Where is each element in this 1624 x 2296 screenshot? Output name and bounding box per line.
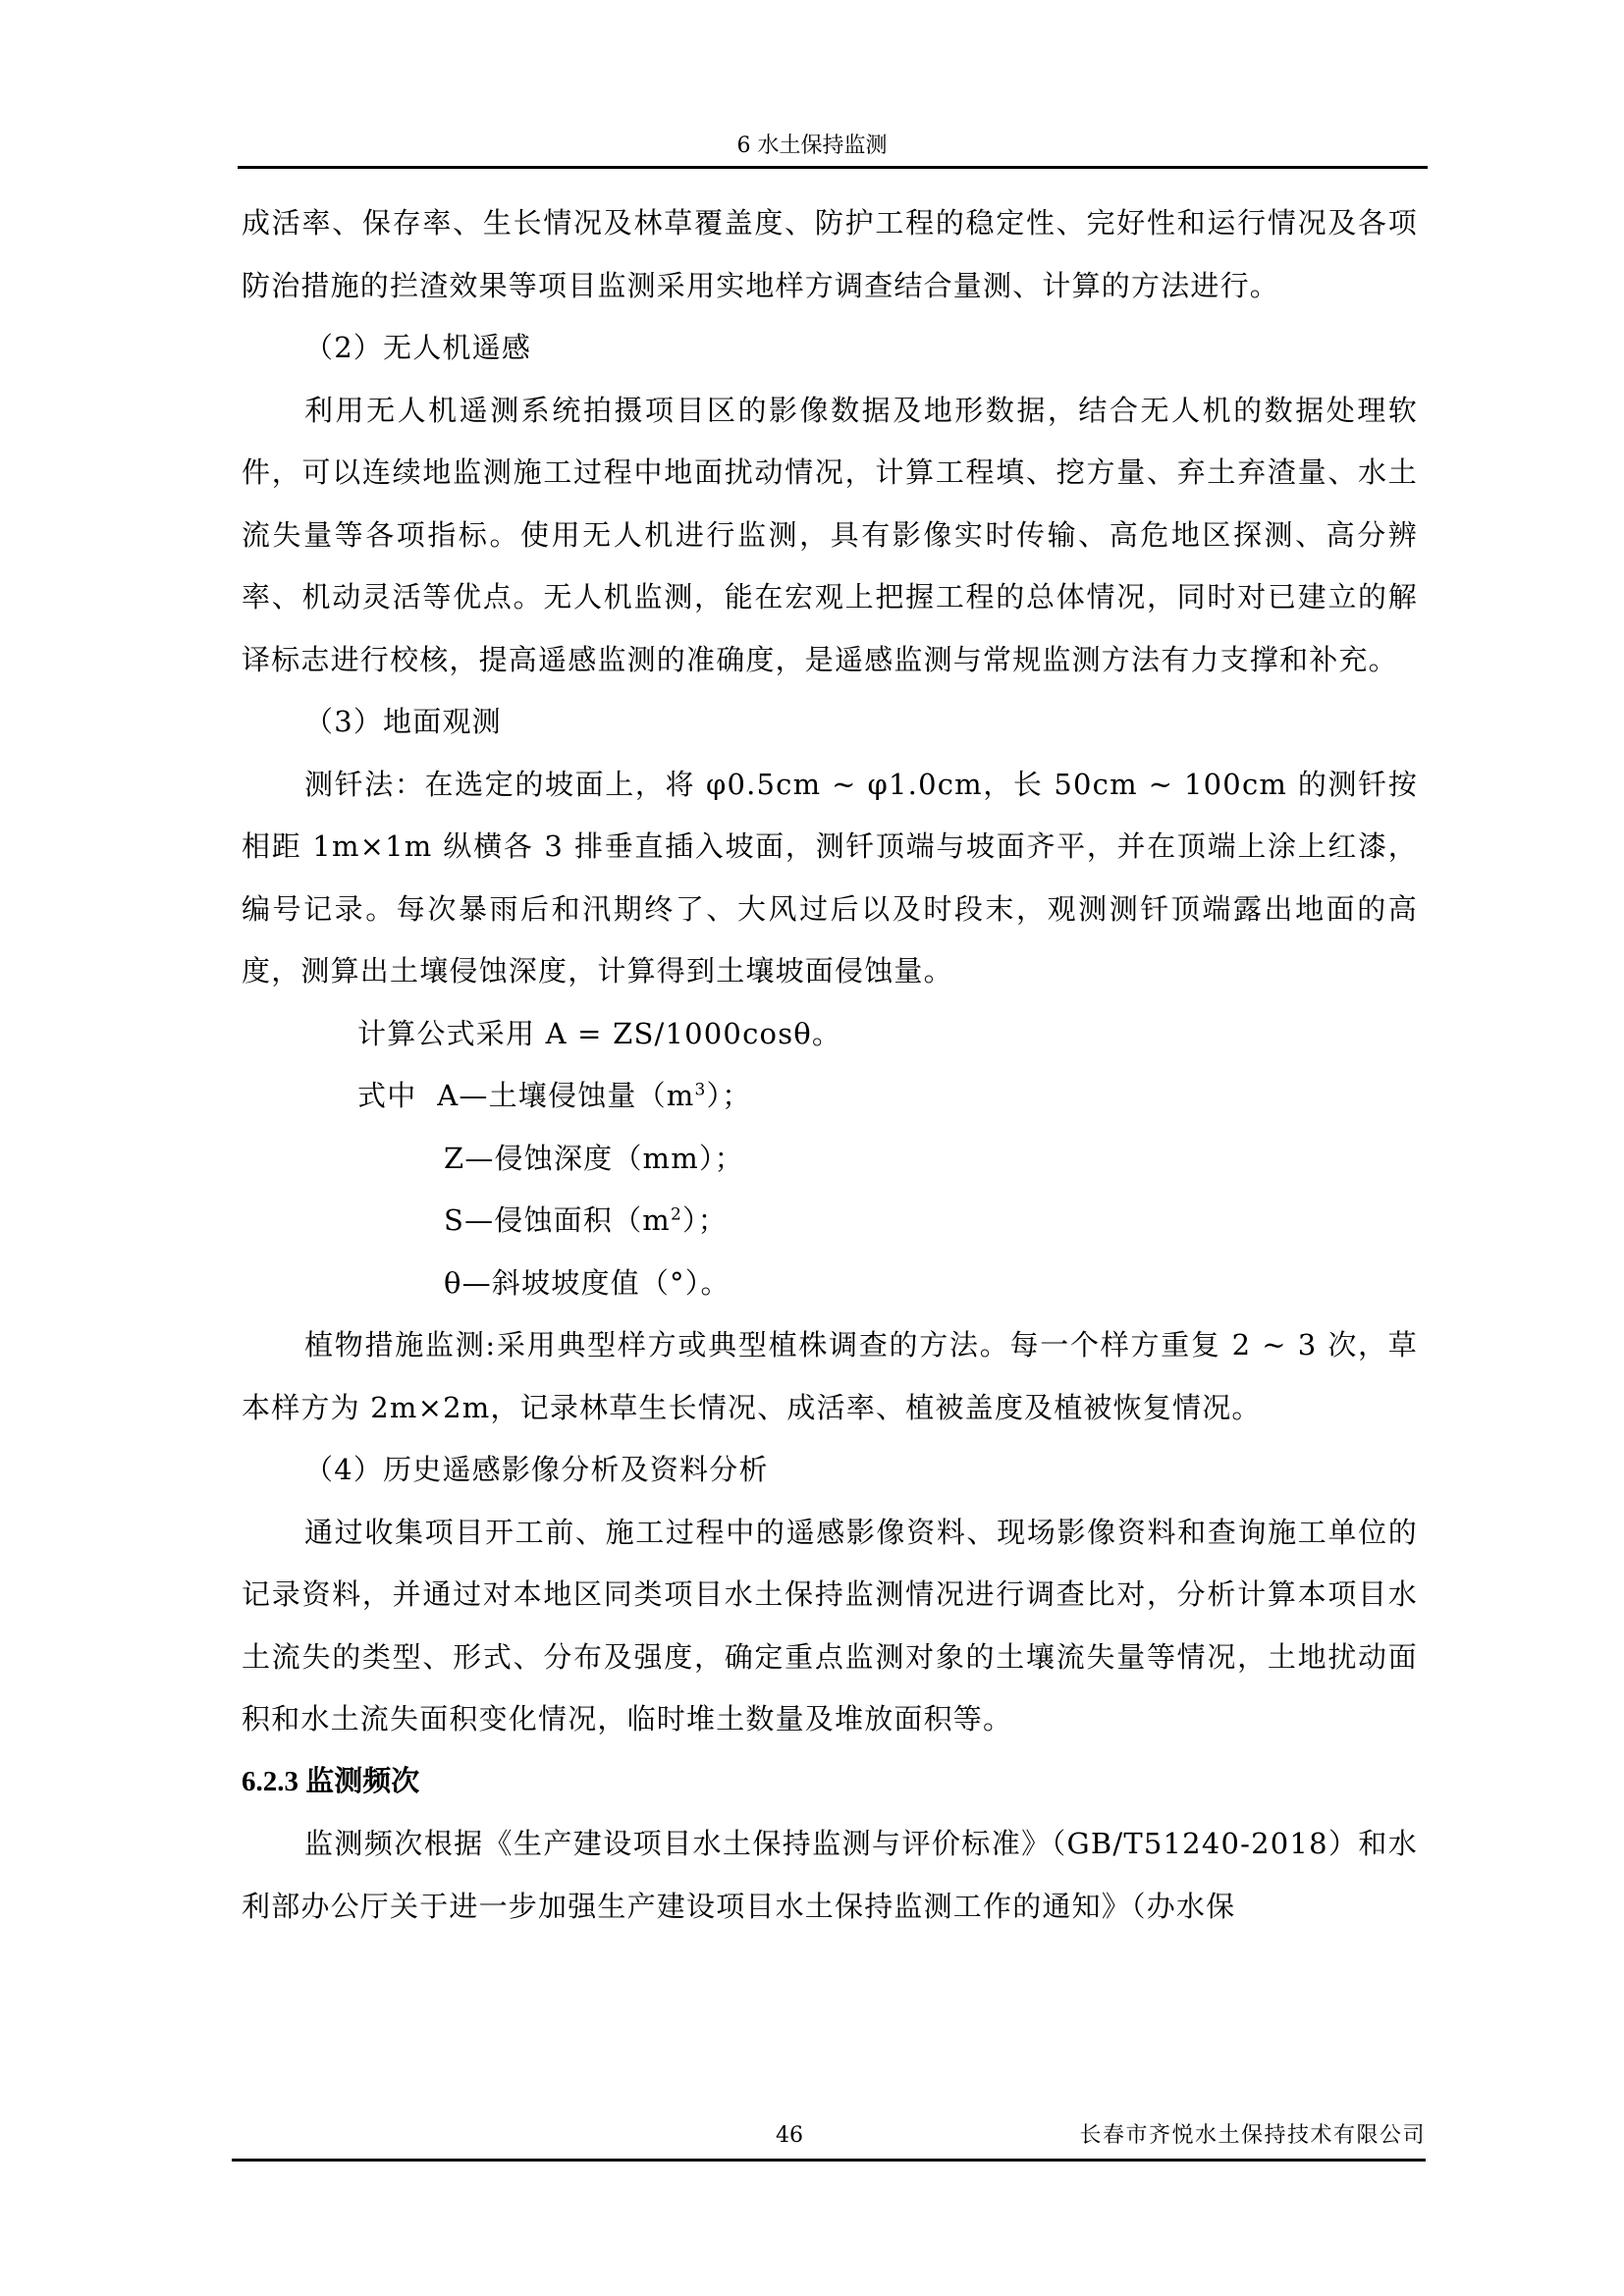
paragraph-historical-analysis: 通过收集项目开工前、施工过程中的遥感影像资料、现场影像资料和查询施工单位的记录资… [242, 1502, 1418, 1751]
paragraph-pin-method: 测钎法：在选定的坡面上，将 φ0.5cm ~ φ1.0cm，长 50cm ~ 1… [242, 754, 1418, 1003]
formula-line: 计算公式采用 A = ZS/1000cosθ。 [242, 1003, 1418, 1066]
footer-divider [232, 2159, 1426, 2162]
var-s-exponent: 2 [671, 1204, 682, 1224]
var-a-text: A—土壤侵蚀量（m [437, 1079, 694, 1112]
subheading-historical-analysis: （4）历史遥感影像分析及资料分析 [242, 1439, 1418, 1502]
running-header: 6 水土保持监测 [0, 133, 1624, 160]
formula-var-theta: θ—斜坡坡度值（°）。 [242, 1253, 1418, 1315]
formula-var-z: Z—侵蚀深度（mm）； [242, 1128, 1418, 1191]
formula-var-s: S—侵蚀面积（m2）； [242, 1190, 1418, 1253]
subheading-uav-remote-sensing: （2）无人机遥感 [242, 317, 1418, 380]
header-divider [238, 166, 1428, 169]
section-title-monitoring-frequency: 6.2.3 监测频次 [242, 1751, 1418, 1814]
var-s-end: ）； [682, 1203, 728, 1237]
var-a-exponent: 3 [695, 1080, 707, 1099]
paragraph-frequency: 监测频次根据《生产建设项目水土保持监测与评价标准》（GB/T51240-2018… [242, 1813, 1418, 1938]
page-body: 成活率、保存率、生长情况及林草覆盖度、防护工程的稳定性、完好性和运行情况及各项防… [242, 192, 1418, 1938]
subheading-ground-observation: （3）地面观测 [242, 691, 1418, 754]
var-s-text: S—侵蚀面积（m [444, 1203, 671, 1237]
var-a-end: ）； [707, 1079, 752, 1112]
where-label: 式中 [357, 1079, 416, 1112]
paragraph-continuation: 成活率、保存率、生长情况及林草覆盖度、防护工程的稳定性、完好性和运行情况及各项防… [242, 192, 1418, 317]
page-number: 46 [776, 2122, 803, 2150]
paragraph-uav: 利用无人机遥测系统拍摄项目区的影像数据及地形数据，结合无人机的数据处理软件，可以… [242, 380, 1418, 692]
paragraph-plant-monitoring: 植物措施监测:采用典型样方或典型植株调查的方法。每一个样方重复 2 ~ 3 次，… [242, 1314, 1418, 1439]
formula-var-a: 式中 A—土壤侵蚀量（m3）； [242, 1065, 1418, 1128]
company-name: 长春市齐悦水土保持技术有限公司 [1079, 2122, 1426, 2150]
